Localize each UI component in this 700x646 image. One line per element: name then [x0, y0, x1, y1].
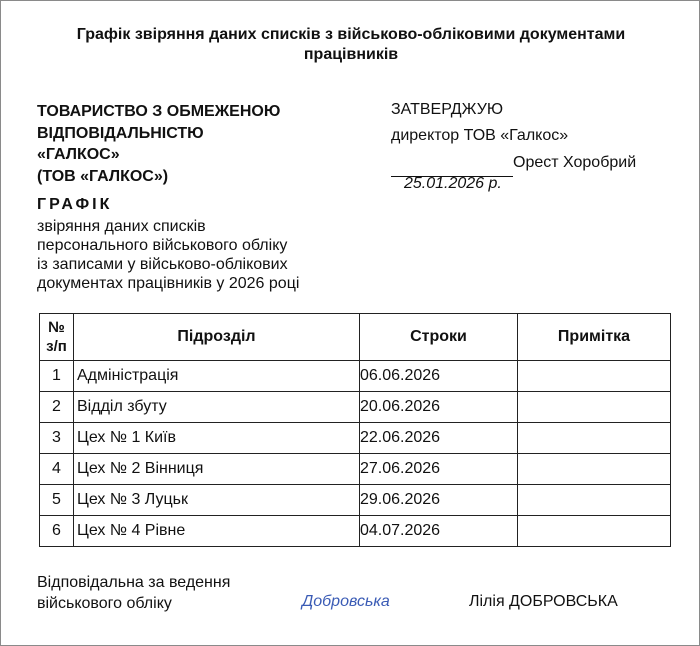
responsible-role-line1: Відповідальна за ведення — [37, 572, 230, 593]
row-deadline: 06.06.2026 — [360, 361, 518, 392]
approval-date: 25.01.2026 р. — [404, 175, 502, 193]
row-department: Цех № 1 Київ — [74, 423, 360, 454]
document-title: Графік звіряння даних списків з військов… — [1, 25, 700, 65]
table-row: 1Адміністрація06.06.2026 — [40, 361, 671, 392]
document-title-line2: працівників — [1, 45, 700, 65]
organization-line: ТОВАРИСТВО З ОБМЕЖЕНОЮ — [37, 101, 280, 123]
schedule-heading-line: звіряння даних списків — [37, 217, 299, 236]
header-department: Підрозділ — [74, 314, 360, 361]
row-number: 4 — [40, 454, 74, 485]
table-row: 5Цех № 3 Луцьк29.06.2026 — [40, 485, 671, 516]
header-number-line2: з/п — [40, 337, 73, 356]
schedule-table: № з/п Підрозділ Строки Примітка 1Адмініс… — [39, 313, 671, 547]
row-department: Цех № 3 Луцьк — [74, 485, 360, 516]
schedule-heading-line: із записами у військово-облікових — [37, 255, 299, 274]
responsible-name: Лілія ДОБРОВСЬКА — [469, 593, 618, 611]
row-deadline: 27.06.2026 — [360, 454, 518, 485]
header-note: Примітка — [518, 314, 671, 361]
responsible-role-line2: військового обліку — [37, 593, 230, 614]
schedule-heading-description: звіряння даних списків персонального вій… — [37, 217, 299, 293]
header-number-line1: № — [40, 318, 73, 337]
document-page: Графік звіряння даних списків з військов… — [0, 0, 700, 646]
row-note — [518, 361, 671, 392]
schedule-heading-line: персонального військового обліку — [37, 236, 299, 255]
table-row: 2Відділ збуту20.06.2026 — [40, 392, 671, 423]
approval-position: директор ТОВ «Галкос» — [391, 127, 568, 145]
row-note — [518, 423, 671, 454]
organization-block: ТОВАРИСТВО З ОБМЕЖЕНОЮ ВІДПОВІДАЛЬНІСТЮ … — [37, 101, 280, 187]
table-row: 3Цех № 1 Київ22.06.2026 — [40, 423, 671, 454]
row-note — [518, 516, 671, 547]
approval-heading: ЗАТВЕРДЖУЮ — [391, 101, 503, 119]
schedule-heading-line: документах працівників у 2026 році — [37, 274, 299, 293]
row-note — [518, 392, 671, 423]
responsible-role: Відповідальна за ведення військового обл… — [37, 572, 230, 614]
approval-signatory: Орест Хоробрий — [513, 154, 636, 172]
row-department: Цех № 2 Вінниця — [74, 454, 360, 485]
row-department: Відділ збуту — [74, 392, 360, 423]
organization-line: (ТОВ «ГАЛКОС») — [37, 166, 280, 188]
table-row: 4Цех № 2 Вінниця27.06.2026 — [40, 454, 671, 485]
row-department: Адміністрація — [74, 361, 360, 392]
row-number: 3 — [40, 423, 74, 454]
row-deadline: 20.06.2026 — [360, 392, 518, 423]
header-deadline: Строки — [360, 314, 518, 361]
table-row: 6Цех № 4 Рівне04.07.2026 — [40, 516, 671, 547]
organization-line: «ГАЛКОС» — [37, 144, 280, 166]
row-number: 1 — [40, 361, 74, 392]
row-number: 6 — [40, 516, 74, 547]
header-number: № з/п — [40, 314, 74, 361]
document-title-line1: Графік звіряння даних списків з військов… — [1, 25, 700, 45]
table-header-row: № з/п Підрозділ Строки Примітка — [40, 314, 671, 361]
row-number: 2 — [40, 392, 74, 423]
row-deadline: 04.07.2026 — [360, 516, 518, 547]
organization-line: ВІДПОВІДАЛЬНІСТЮ — [37, 123, 280, 145]
schedule-heading-title: ГРАФІК — [37, 196, 112, 214]
row-number: 5 — [40, 485, 74, 516]
row-note — [518, 454, 671, 485]
row-note — [518, 485, 671, 516]
row-deadline: 29.06.2026 — [360, 485, 518, 516]
row-deadline: 22.06.2026 — [360, 423, 518, 454]
responsible-signature: Добровська — [302, 593, 390, 611]
row-department: Цех № 4 Рівне — [74, 516, 360, 547]
